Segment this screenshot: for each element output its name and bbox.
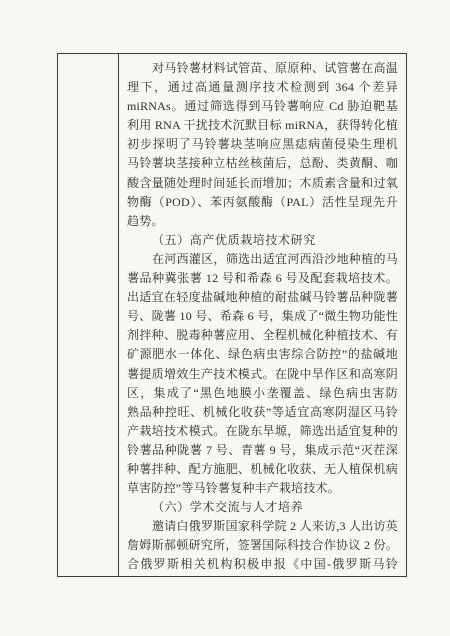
text-line: 区，集成了“黑色地膜小垄覆盖、绿色病虫害防控、晚 bbox=[127, 384, 398, 403]
report-table-cell-frame: 对马铃薯材料试管苗、原原种、试管薯在高温处理下，通过高通量测序技术检测到 364… bbox=[57, 53, 407, 577]
section-heading: （五）高产优质栽培技术研究 bbox=[127, 231, 398, 250]
text-line: miRNAs。通过筛选得到马铃薯响应 Cd 胁迫靶基因对， bbox=[127, 97, 398, 116]
table-content-cell: 对马铃薯材料试管苗、原原种、试管薯在高温处理下，通过高通量测序技术检测到 364… bbox=[119, 54, 406, 576]
text-line: 矿源肥水一体化、绿色病虫害综合防控”的盐碱地马铃 bbox=[127, 345, 398, 364]
text-line: 合俄罗斯相关机构积极申报《中国-俄罗斯马铃薯“一 bbox=[127, 555, 398, 574]
text-line: 理下，通过高通量测序技术检测到 364 个差异 bbox=[127, 78, 398, 97]
text-line: 物酶（POD）、苯丙氨酸酶（PAL）活性呈现先升后降 bbox=[127, 193, 398, 212]
text-line: 趋势。 bbox=[127, 212, 398, 231]
text-line: 出适宜在轻度盐碱地种植的耐盐碱马铃薯品种陇薯 7 bbox=[127, 288, 398, 307]
text-line: 熟品种控旺、机械化收获”等适宜高寒阴湿区马铃薯丰 bbox=[127, 403, 398, 422]
table-left-empty-column bbox=[58, 54, 119, 576]
text-line: 种薯拌种、配方施肥、机械化收获、无人植保机病虫 bbox=[127, 460, 398, 479]
text-line: 草害防控”等马铃薯复种丰产栽培技术。 bbox=[127, 479, 398, 498]
text-line: 詹姆斯郝顿研究所，签署国际科技合作协议 2 份。联 bbox=[127, 536, 398, 555]
section-heading: （六）学术交流与人才培养 bbox=[127, 498, 398, 517]
text-line: 产栽培技术模式。在陇东旱塬，筛选出适宜复种的马 bbox=[127, 422, 398, 441]
text-line: 初步探明了马铃薯块茎响应黑痣病菌侵染生理机制， bbox=[127, 135, 398, 154]
text-line: 邀请白俄罗斯国家科学院 2 人来访,3 人出访英国 bbox=[127, 517, 398, 536]
text-line: 利用 RNA 干扰技术沉默目标 miRNA，获得转化植株。 bbox=[127, 116, 398, 135]
text-line: 薯提质增效生产技术模式。在陇中旱作区和高寒阴湿 bbox=[127, 365, 398, 384]
text-line: 马铃薯块茎接种立枯丝核菌后，总酚、类黄酮、咖啡 bbox=[127, 154, 398, 173]
text-line: 酸含量随处理时间延长而增加；木质素含量和过氧化 bbox=[127, 174, 398, 193]
text-line: 号、陇薯 10 号、希森 6 号，集成了“微生物功能性菌 bbox=[127, 307, 398, 326]
text-line: 剂拌种、脱毒种薯应用、全程机械化种植技术、有机 bbox=[127, 326, 398, 345]
text-line: 铃薯品种陇薯 7 号、青薯 9 号，集成示范“灭茬深耕、 bbox=[127, 441, 398, 460]
text-line: 在河西灌区，筛选出适宜河西沿沙地种植的马铃 bbox=[127, 250, 398, 269]
text-line: 薯品种冀张薯 12 号和希森 6 号及配套栽培技术。筛选 bbox=[127, 269, 398, 288]
cell-text-content: 对马铃薯材料试管苗、原原种、试管薯在高温处理下，通过高通量测序技术检测到 364… bbox=[127, 59, 398, 575]
text-line: 对马铃薯材料试管苗、原原种、试管薯在高温处 bbox=[127, 59, 398, 78]
